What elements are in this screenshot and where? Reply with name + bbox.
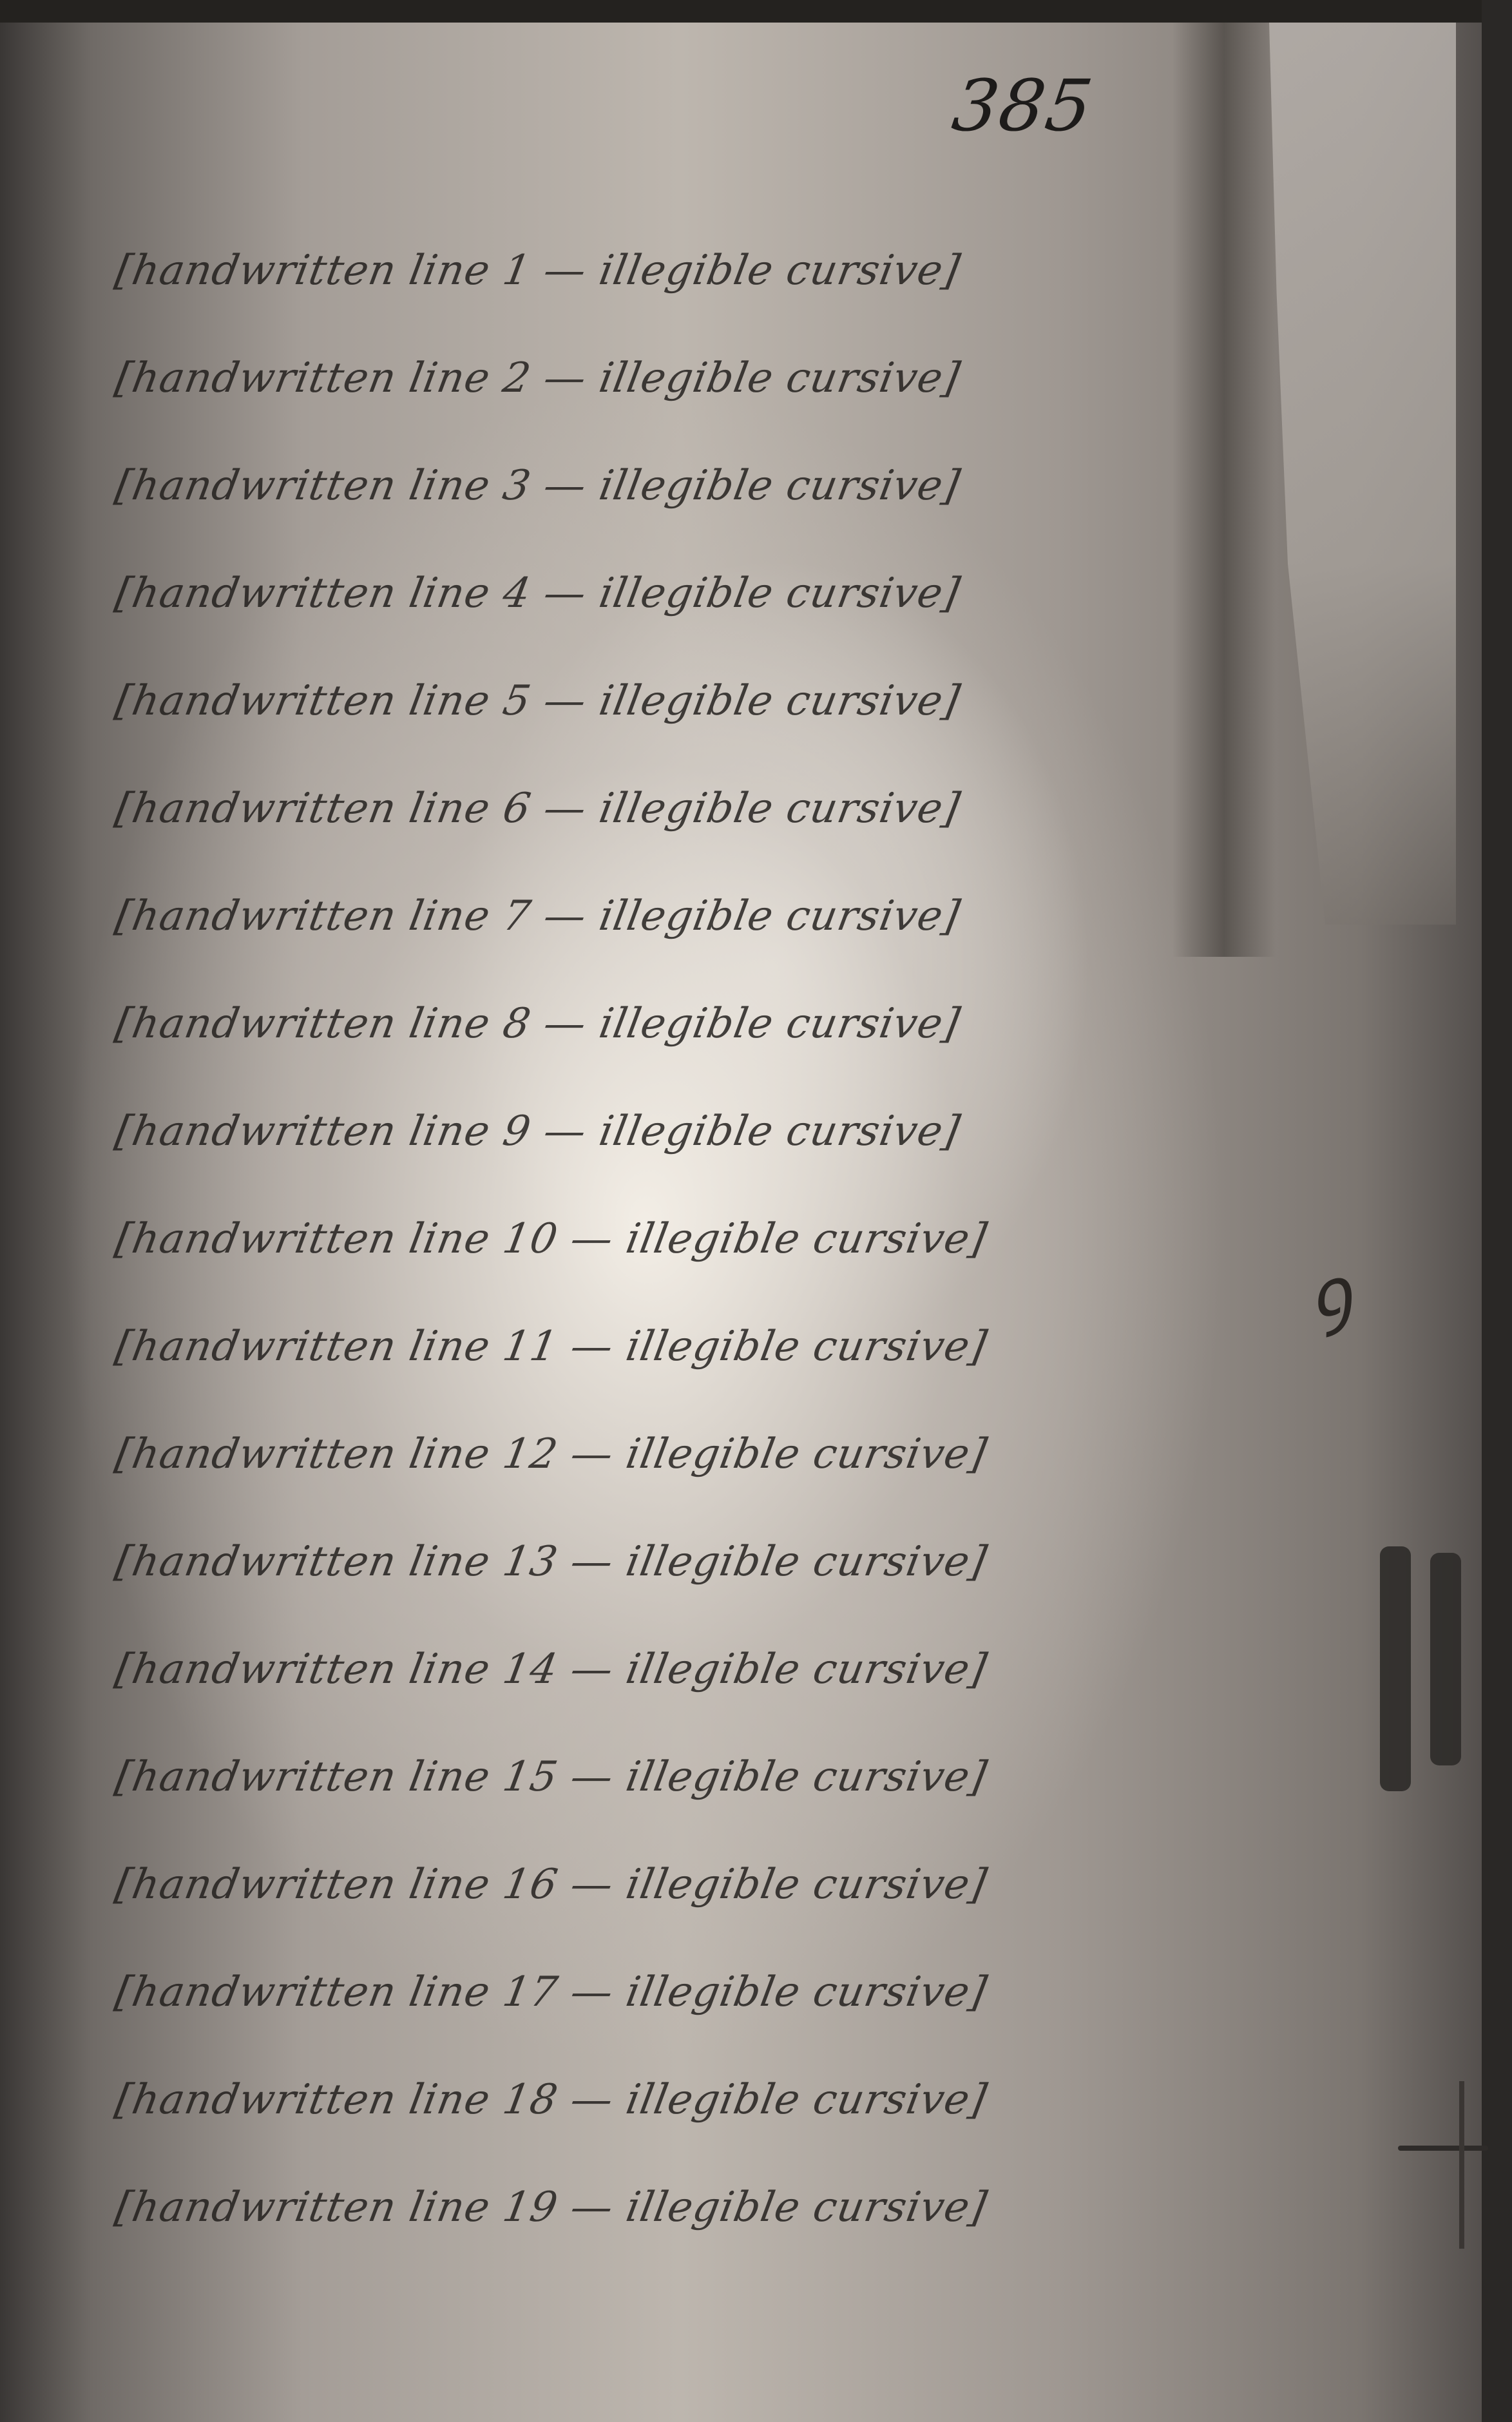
manuscript-line: [handwritten line 5 — illegible cursive]	[116, 617, 1340, 725]
manuscript-line: [handwritten line 15 — illegible cursive…	[116, 1693, 1340, 1801]
manuscript-line: [handwritten line 18 — illegible cursive…	[116, 2016, 1340, 2124]
page-number: 385	[948, 64, 1098, 147]
cross-mark-icon	[1398, 2081, 1488, 2249]
manuscript-line: [handwritten line 6 — illegible cursive]	[116, 725, 1340, 832]
manuscript-line: [handwritten line 11 — illegible cursive…	[116, 1263, 1340, 1370]
manuscript-line: [handwritten line 17 — illegible cursive…	[116, 1908, 1340, 2016]
cross-mark-horizontal	[1398, 2146, 1488, 2151]
manuscript-line: [handwritten line 13 — illegible cursive…	[116, 1478, 1340, 1586]
manuscript-line: [handwritten line 9 — illegible cursive]	[116, 1048, 1340, 1155]
manuscript-line: [handwritten line 1 — illegible cursive]	[116, 187, 1340, 294]
manuscript-line: [handwritten line 2 — illegible cursive]	[116, 294, 1340, 402]
manuscript-line: [handwritten line 19 — illegible cursive…	[116, 2124, 1340, 2231]
stamp-text: [rotated archival stamp — illegible]	[1366, 1559, 1469, 1791]
manuscript-line: [handwritten line 8 — illegible cursive]	[116, 940, 1340, 1048]
scan-top-edge	[0, 0, 1512, 23]
scan-right-edge	[1482, 0, 1512, 2422]
manuscript-line: [handwritten line 14 — illegible cursive…	[116, 1586, 1340, 1693]
manuscript-line: [handwritten line 12 — illegible cursive…	[116, 1370, 1340, 1478]
manuscript-line: [handwritten line 16 — illegible cursive…	[116, 1801, 1340, 1908]
cross-mark-vertical	[1459, 2081, 1464, 2249]
manuscript-line: [handwritten line 7 — illegible cursive]	[116, 832, 1340, 940]
manuscript-text-block: [handwritten line 1 — illegible cursive]…	[116, 187, 1340, 2231]
manuscript-line: [handwritten line 4 — illegible cursive]	[116, 510, 1340, 617]
manuscript-line: [handwritten line 3 — illegible cursive]	[116, 402, 1340, 510]
manuscript-line: [handwritten line 10 — illegible cursive…	[116, 1155, 1340, 1263]
